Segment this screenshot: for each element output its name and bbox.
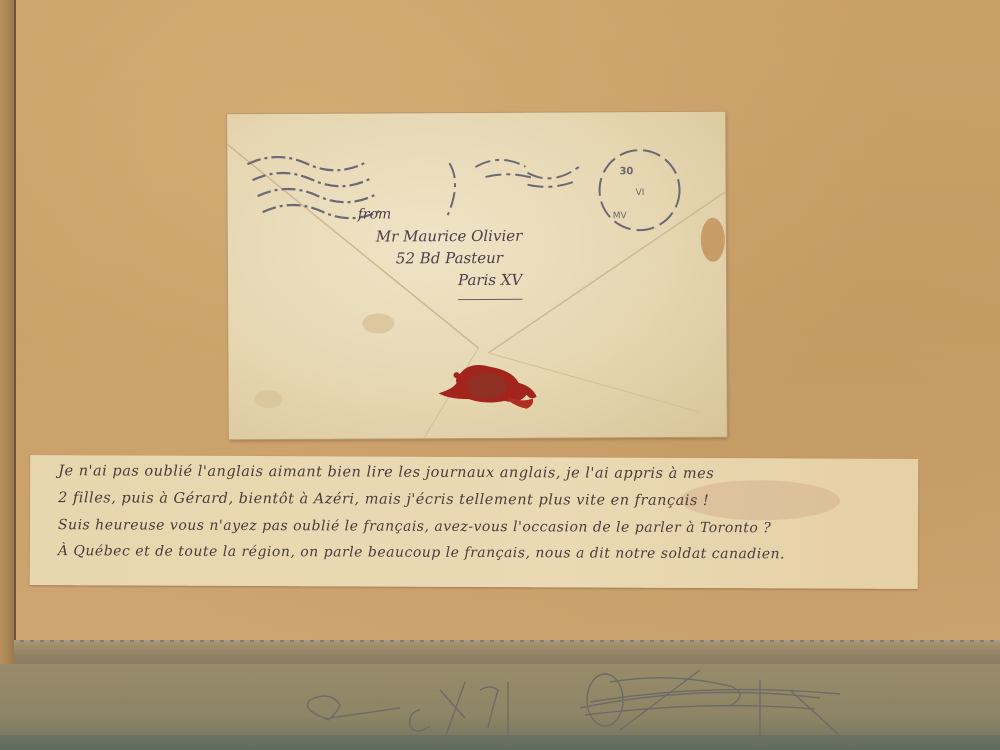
- handwritten-note: Je n'ai pas oublié l'anglais aimant bien…: [30, 455, 919, 589]
- pencil-marks: [290, 660, 890, 745]
- note-line-1: Je n'ai pas oublié l'anglais aimant bien…: [58, 463, 714, 482]
- note-line-3: Suis heureuse vous n'ayez pas oublié le …: [58, 517, 771, 536]
- sender-address: from Mr Maurice Olivier 52 Bd Pasteur Pa…: [358, 202, 618, 291]
- sender-city: Paris XV: [458, 268, 618, 291]
- note-line-2: 2 filles, puis à Gérard, bientôt à Azéri…: [58, 490, 709, 509]
- postmark-date: 30: [619, 166, 633, 177]
- frame-left-edge: [0, 0, 16, 680]
- envelope: 30 VI MV from Mr Maurice Olivier 52 Bd P…: [227, 112, 727, 440]
- wax-seal: [438, 365, 536, 410]
- note-line-4: À Québec et de toute la région, on parle…: [58, 543, 785, 562]
- postmark-month: VI: [636, 188, 645, 198]
- sender-name: Mr Maurice Olivier: [376, 224, 618, 247]
- sender-street: 52 Bd Pasteur: [396, 246, 618, 269]
- sender-from-label: from: [358, 202, 618, 225]
